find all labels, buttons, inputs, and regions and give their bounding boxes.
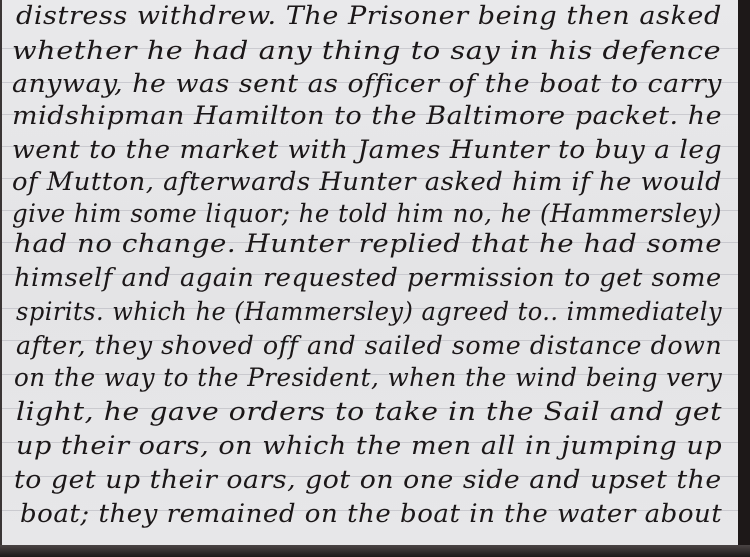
line-text: spirits. which he (Hammersley) agreed to… xyxy=(16,296,722,328)
line-text: of Mutton, afterwards Hunter asked him i… xyxy=(12,166,722,198)
page-binding-edge-right xyxy=(738,0,750,557)
handwritten-line-9: himself and again requested permission t… xyxy=(2,262,738,294)
handwritten-line-7: give him some liquor; he told him no, he… xyxy=(2,198,738,230)
line-text: light, he gave orders to take in the Sai… xyxy=(16,396,722,428)
line-text: midshipman Hamilton to the Baltimore pac… xyxy=(12,100,722,132)
handwritten-line-12: on the way to the President, when the wi… xyxy=(2,362,738,394)
line-text: on the way to the President, when the wi… xyxy=(14,362,722,394)
handwritten-line-8: had no change. Hunter replied that he ha… xyxy=(2,228,738,260)
line-text: had no change. Hunter replied that he ha… xyxy=(14,228,722,260)
line-text: up their oars, on which the men all in j… xyxy=(16,430,722,462)
handwritten-line-4: midshipman Hamilton to the Baltimore pac… xyxy=(2,100,738,132)
handwritten-line-11: after, they shoved off and sailed some d… xyxy=(2,330,738,362)
line-text: went to the market with James Hunter to … xyxy=(12,134,722,166)
line-text: anyway, he was sent as officer of the bo… xyxy=(12,68,722,100)
line-text: give him some liquor; he told him no, he… xyxy=(12,198,722,230)
handwritten-line-15: to get up their oars, got on one side an… xyxy=(2,464,738,496)
handwritten-line-3: anyway, he was sent as officer of the bo… xyxy=(2,68,738,100)
line-text: whether he had any thing to say in his d… xyxy=(12,35,721,67)
handwritten-line-13: light, he gave orders to take in the Sai… xyxy=(2,396,738,428)
line-text: himself and again requested permission t… xyxy=(14,262,722,294)
handwritten-line-6: of Mutton, afterwards Hunter asked him i… xyxy=(2,166,738,198)
manuscript-page: distress withdrew. The Prisoner being th… xyxy=(0,0,738,545)
line-text: to get up their oars, got on one side an… xyxy=(14,464,722,496)
line-text: after, they shoved off and sailed some d… xyxy=(16,330,722,362)
handwritten-line-2: whether he had any thing to say in his d… xyxy=(2,35,738,67)
handwritten-line-10: spirits. which he (Hammersley) agreed to… xyxy=(2,296,738,328)
handwritten-line-14: up their oars, on which the men all in j… xyxy=(2,430,738,462)
page-edge-bottom xyxy=(0,545,750,557)
handwritten-line-16: boat; they remained on the boat in the w… xyxy=(2,498,738,530)
handwritten-line-1: distress withdrew. The Prisoner being th… xyxy=(2,0,738,32)
handwritten-line-5: went to the market with James Hunter to … xyxy=(2,134,738,166)
line-text: distress withdrew. The Prisoner being th… xyxy=(16,0,722,32)
line-text: boat; they remained on the boat in the w… xyxy=(20,498,722,530)
